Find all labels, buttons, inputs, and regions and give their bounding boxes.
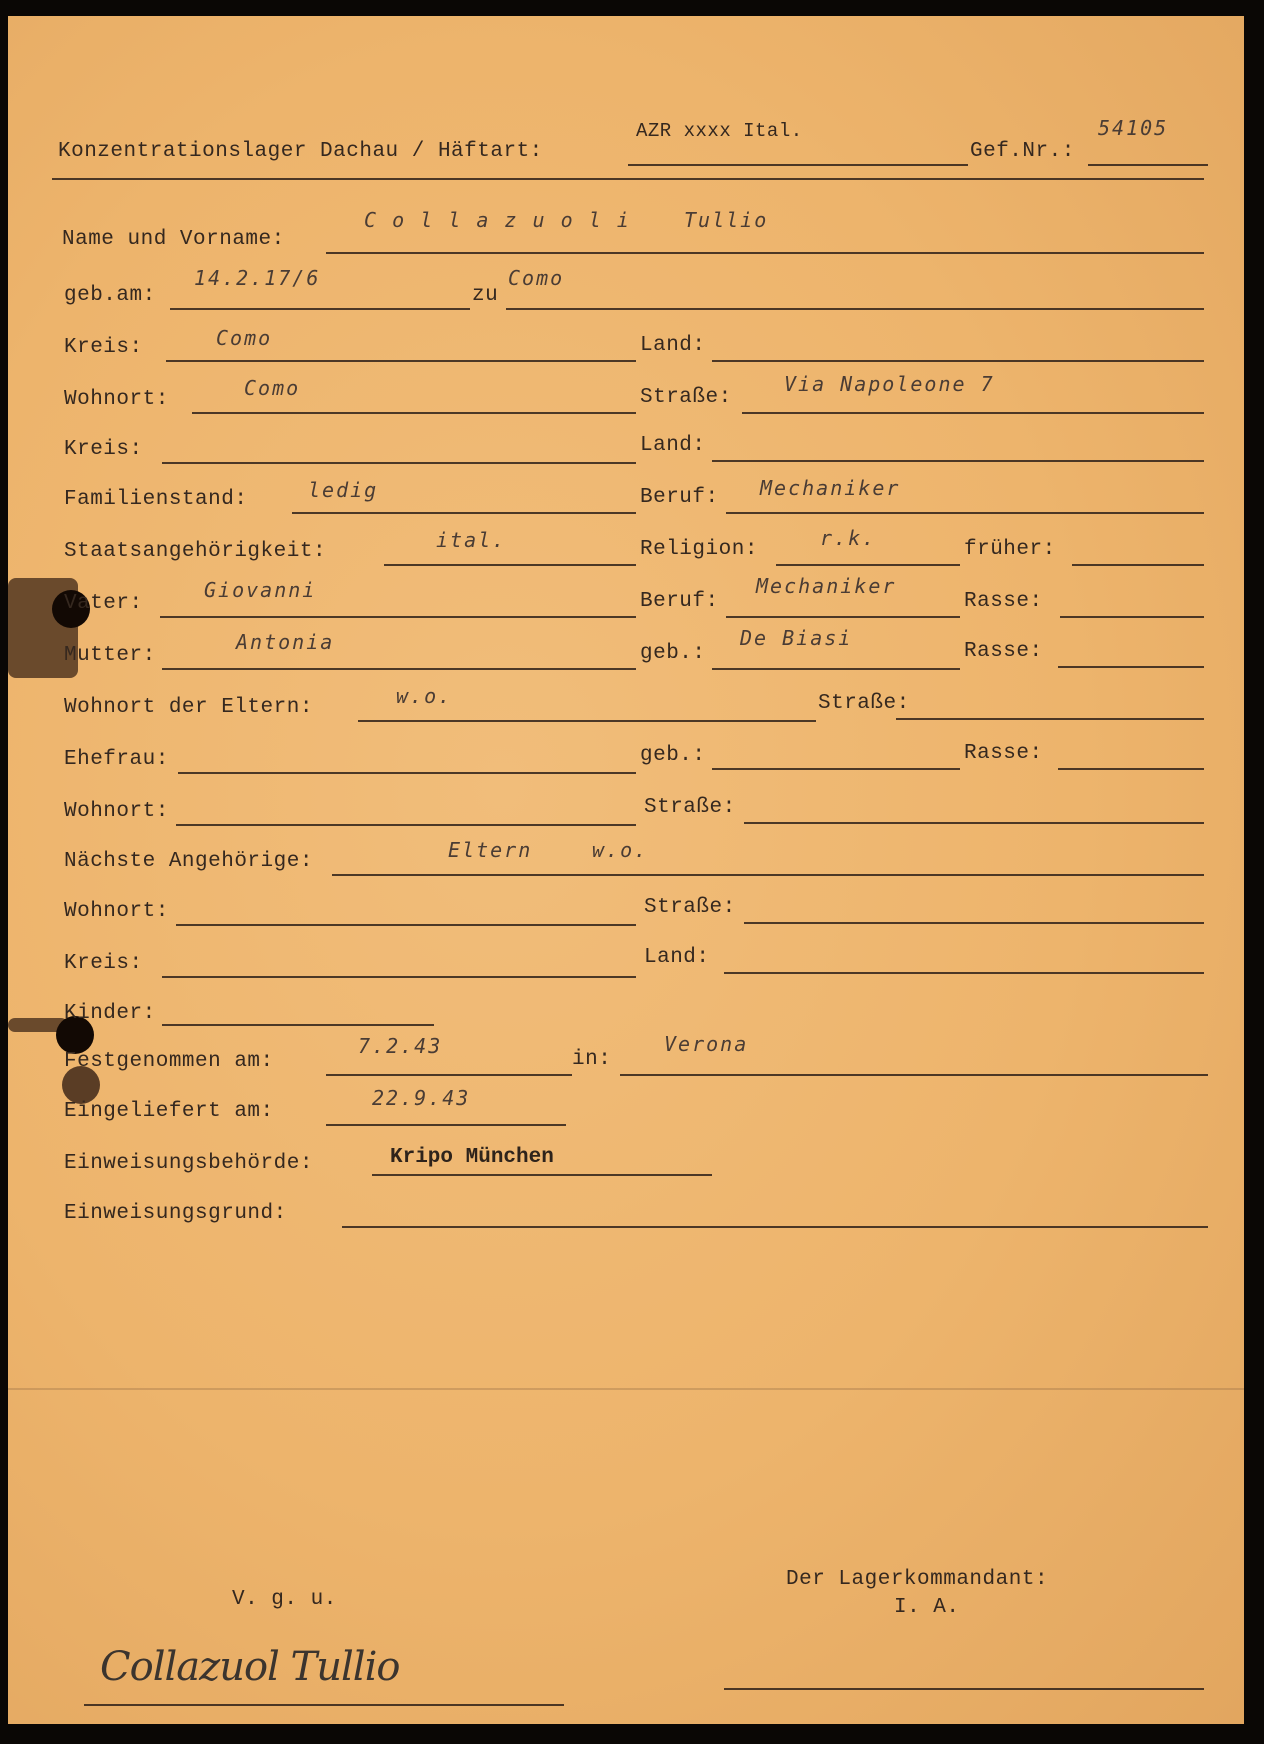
camp-label: Konzentrationslager Dachau / Häftart: xyxy=(58,140,543,163)
ehefrau-geb-label: geb.: xyxy=(640,744,706,767)
angehoerige-value: Eltern xyxy=(448,838,532,862)
einweisungsbehoerde-label: Einweisungsbehörde: xyxy=(64,1152,313,1175)
angehoerige-label: Nächste Angehörige: xyxy=(64,850,313,873)
familienstand-value: ledig xyxy=(308,478,378,502)
kreis2-label: Kreis: xyxy=(64,438,143,461)
commandant-signature-line xyxy=(724,1688,1204,1690)
beruf-label: Beruf: xyxy=(640,486,719,509)
land2-label: Land: xyxy=(640,434,706,457)
surname: C o l l a z u o l i xyxy=(364,208,631,232)
birth-date-label: geb.am: xyxy=(64,284,156,307)
prisoner-number-label: Gef.Nr.: xyxy=(970,140,1075,163)
rasse-label: Rasse: xyxy=(964,590,1043,613)
eingeliefert-value: 22.9.43 xyxy=(372,1086,470,1110)
wohnort2-label: Wohnort: xyxy=(64,800,169,823)
einweisungsbehoerde-value: Kripo München xyxy=(390,1146,554,1169)
ia-label: I. A. xyxy=(894,1596,960,1619)
vater-beruf-label: Beruf: xyxy=(640,590,719,613)
land3-label: Land: xyxy=(644,946,710,969)
staatsangehoerigkeit-value: ital. xyxy=(436,528,506,552)
ehefrau-label: Ehefrau: xyxy=(64,748,169,771)
eltern-strasse-label: Straße: xyxy=(818,692,910,715)
birth-date: 14.2.17/6 xyxy=(194,266,320,290)
staatsangehoerigkeit-label: Staatsangehörigkeit: xyxy=(64,540,326,563)
vater-beruf-value: Mechaniker xyxy=(756,574,896,598)
einweisungsgrund-label: Einweisungsgrund: xyxy=(64,1202,287,1225)
kreis-value: Como xyxy=(216,326,272,350)
festgenommen-value: 7.2.43 xyxy=(358,1034,442,1058)
commandant-label: Der Lagerkommandant: xyxy=(786,1568,1048,1591)
familienstand-label: Familienstand: xyxy=(64,488,247,511)
frueher-label: früher: xyxy=(964,538,1056,561)
beruf-value: Mechaniker xyxy=(760,476,900,500)
festgenommen-label: Festgenommen am: xyxy=(64,1050,274,1073)
rasse2-label: Rasse: xyxy=(964,640,1043,663)
name-label: Name und Vorname: xyxy=(62,228,285,251)
religion-value: r.k. xyxy=(820,526,876,550)
eltern-wohnort-value: w.o. xyxy=(396,684,452,708)
kinder-label: Kinder: xyxy=(64,1002,156,1025)
prisoner-number: 54105 xyxy=(1098,116,1168,140)
fold-crease xyxy=(8,1388,1244,1390)
mutter-value: Antonia xyxy=(236,630,334,654)
wohnort3-label: Wohnort: xyxy=(64,900,169,923)
eingeliefert-label: Eingeliefert am: xyxy=(64,1100,274,1123)
first-name: Tullio xyxy=(684,208,768,232)
vgu-label: V. g. u. xyxy=(232,1588,337,1611)
strasse-label: Straße: xyxy=(640,386,732,409)
strasse3-label: Straße: xyxy=(644,896,736,919)
prisoner-signature: Collazuol Tullio xyxy=(100,1644,399,1690)
mutter-geb-label: geb.: xyxy=(640,642,706,665)
angehoerige-wo: w.o. xyxy=(592,838,648,862)
mutter-label: Mutter: xyxy=(64,644,156,667)
mutter-geb-value: De Biasi xyxy=(740,626,852,650)
strasse2-label: Straße: xyxy=(644,796,736,819)
prisoner-category: AZR xxxx Ital. xyxy=(636,120,803,142)
birth-place: Como xyxy=(508,266,564,290)
wohnort-value: Como xyxy=(244,376,300,400)
rasse3-label: Rasse: xyxy=(964,742,1043,765)
religion-label: Religion: xyxy=(640,538,758,561)
festgenommen-in-label: in: xyxy=(572,1048,611,1071)
kreis3-label: Kreis: xyxy=(64,952,143,975)
birth-place-label: zu xyxy=(472,284,498,307)
land-label: Land: xyxy=(640,334,706,357)
festgenommen-in-value: Verona xyxy=(664,1032,748,1056)
vater-value: Giovanni xyxy=(204,578,316,602)
registration-card: Konzentrationslager Dachau / Häftart: AZ… xyxy=(8,16,1244,1724)
kreis-label: Kreis: xyxy=(64,336,143,359)
wohnort-label: Wohnort: xyxy=(64,388,169,411)
vater-label: Vater: xyxy=(64,592,143,615)
strasse-value: Via Napoleone 7 xyxy=(784,372,995,396)
eltern-wohnort-label: Wohnort der Eltern: xyxy=(64,696,313,719)
